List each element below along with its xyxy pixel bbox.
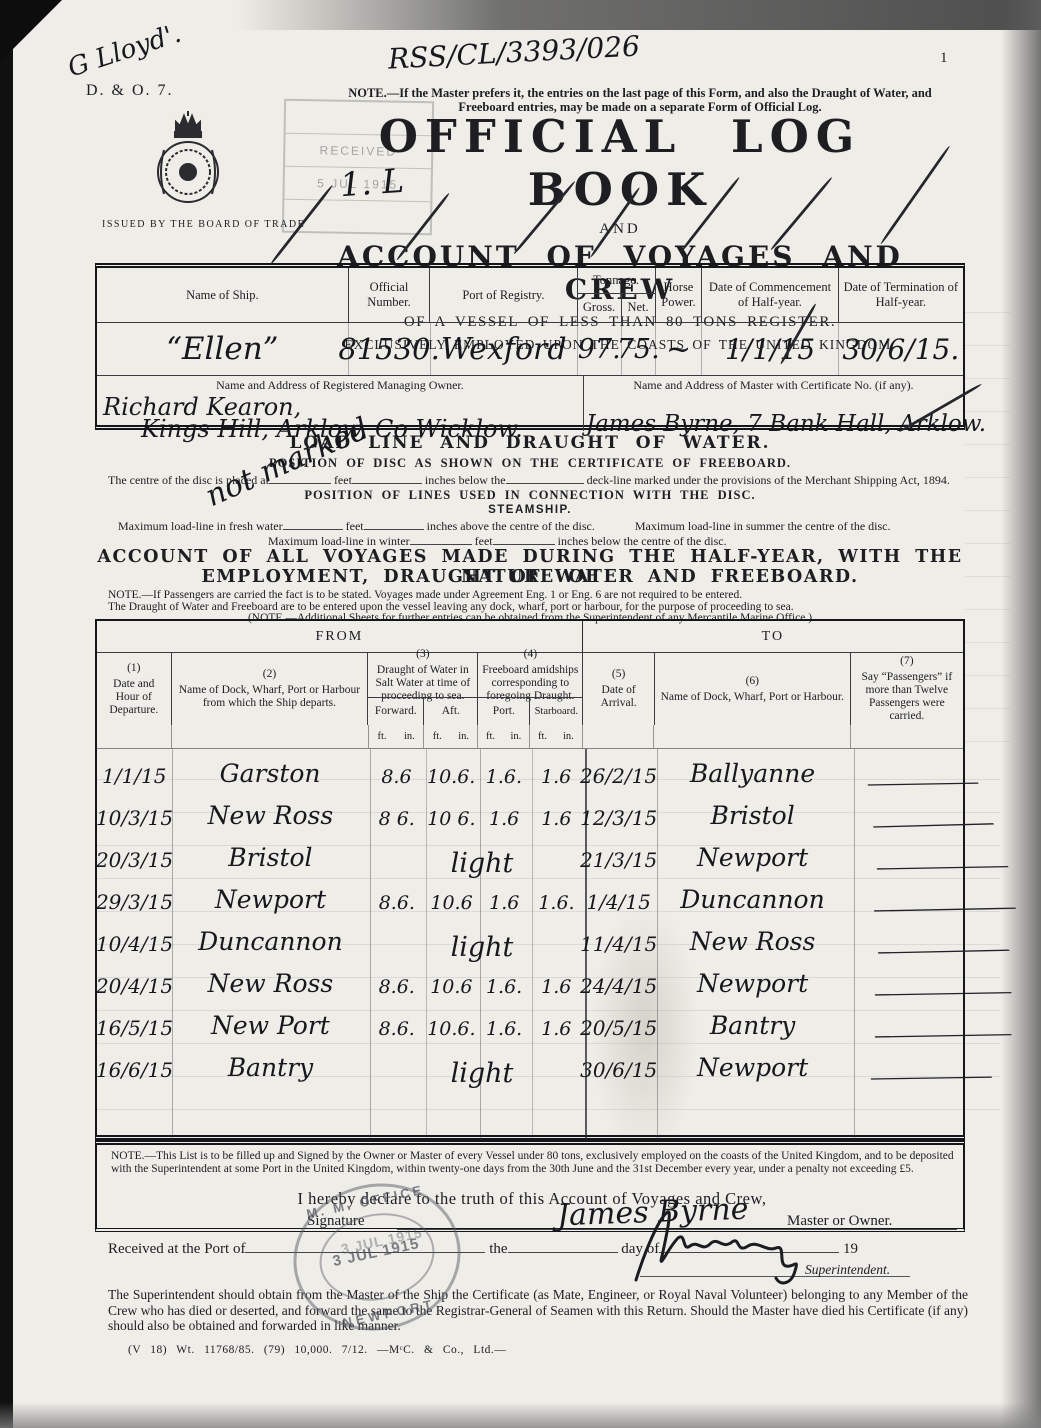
winter-mid: inches below the centre of the disc.: [558, 534, 727, 548]
feet-label: feet: [475, 534, 493, 548]
departure-date: 29/3/15: [96, 890, 173, 914]
value-port-of-registry: Wexford: [441, 332, 567, 367]
value-commencement-date: 1/1/15: [725, 333, 815, 366]
col5-header: (5)Date of Arrival.: [583, 653, 655, 725]
col6-header: (6)Name of Dock, Wharf, Port or Harbour.: [655, 653, 851, 725]
departure-date: 20/3/15: [96, 848, 173, 872]
draught-forward: 8.6.: [379, 892, 415, 914]
voyage-row: 29/3/15 Newport 8.6. 10.6 1.6 1.6. 1/4/1…: [97, 875, 963, 917]
year-prefix: 19: [843, 1241, 858, 1257]
voyages-table: FROM TO (1)Date and Hour of Departure. (…: [95, 619, 965, 1140]
received-line: Received at the Port of the day of 19: [108, 1240, 968, 1258]
feet-inches-row: ft.in. ft.in. ft.in. ft.in.: [97, 725, 963, 749]
value-name-of-ship: “Ellen”: [166, 331, 278, 367]
value-official-number: 81530.: [338, 332, 439, 366]
voyage-row: 20/4/15 New Ross 8.6. 10.6 1.6. 1.6 24/4…: [97, 959, 963, 1001]
col4-port: Port.: [478, 698, 530, 725]
header-tonnage-label: Tonnage.: [578, 268, 655, 294]
draught-forward: 8.6.: [379, 1018, 415, 1040]
value-gross-tonnage: 97.: [578, 334, 621, 365]
title-and: AND: [290, 221, 950, 238]
departure-date: 16/6/15: [96, 1058, 173, 1082]
pencil-annotation-name: G Lloyd'.: [64, 19, 185, 84]
value-horse-power: ~: [666, 332, 691, 367]
ink-mark-annotation: 1. L: [339, 161, 405, 204]
draught-aft: 10 6.: [427, 808, 475, 830]
declaration-line: I hereby declare to the truth of this Ac…: [97, 1189, 967, 1209]
to-band: TO: [583, 621, 963, 652]
passengers-dash: —: [874, 860, 1008, 872]
fresh-mid: inches above the centre of the disc.: [427, 519, 595, 533]
voyage-row: 20/3/15 Bristol 21/3/15 Newport — light: [97, 833, 963, 875]
arrival-date: 26/2/15: [580, 764, 657, 788]
superintendent-signature: [608, 1208, 838, 1293]
from-port: Bantry: [228, 1053, 314, 1082]
light-note: light: [382, 1058, 582, 1089]
departure-date: 20/4/15: [96, 974, 173, 998]
header-name-of-ship: Name of Ship.: [97, 268, 349, 322]
to-port: Bristol: [710, 801, 794, 830]
passengers-dash: —: [876, 943, 1011, 956]
from-port: Garston: [220, 759, 321, 788]
from-port: Duncannon: [198, 927, 343, 956]
printer-imprint: (V 18) Wt. 11768/85. (79) 10,000. 7/12. …: [128, 1344, 506, 1356]
draught-aft: 10.6: [430, 976, 472, 998]
freeboard-starboard: 1.6: [541, 1018, 571, 1040]
header-horse-power: Horse Power.: [656, 268, 703, 322]
voyage-row: 10/3/15 New Ross 8 6. 10 6. 1.6 1.6 12/3…: [97, 791, 963, 833]
to-port: Ballyanne: [690, 759, 815, 788]
draught-forward: 8 6.: [379, 808, 415, 830]
draught-forward: 8.6.: [379, 976, 415, 998]
col4-starboard: Starboard.: [530, 698, 582, 725]
received-at-label: Received at the Port of: [108, 1241, 245, 1257]
master-label: Name and Address of Master with Certific…: [584, 376, 963, 395]
col4-header: (4)Freeboard amidships corresponding to …: [478, 653, 583, 725]
draught-forward: 8.6: [381, 766, 411, 788]
from-port: New Port: [211, 1011, 330, 1040]
issued-by-label: ISSUED BY THE BOARD OF TRADE: [102, 219, 305, 230]
to-port: Newport: [697, 1053, 808, 1082]
header-tonnage: Tonnage. Gross. Net.: [578, 268, 656, 322]
departure-date: 16/5/15: [96, 1016, 173, 1040]
to-port: New Ross: [690, 927, 816, 956]
header-commencement: Date of Commencement of Half-year.: [702, 268, 838, 322]
page-number: 1: [940, 50, 948, 67]
voyage-row: 10/4/15 Duncannon 11/4/15 New Ross — lig…: [97, 917, 963, 959]
arrival-date: 30/6/15: [580, 1058, 657, 1082]
to-port: Bantry: [710, 1011, 796, 1040]
draught-aft: 10.6.: [427, 1018, 475, 1040]
form-code: D. & O. 7.: [86, 82, 174, 100]
feet-label: feet: [334, 473, 352, 487]
arrival-date: 20/5/15: [580, 1016, 657, 1040]
freeboard-starboard: 1.6: [541, 766, 571, 788]
from-port: Bristol: [228, 843, 312, 872]
from-port: New Ross: [208, 801, 334, 830]
departure-date: 1/1/15: [102, 764, 166, 788]
col3-aft: Aft.: [424, 698, 477, 725]
to-port: Newport: [697, 843, 808, 872]
freeboard-starboard: 1.6: [541, 808, 571, 830]
freeboard-port: 1.6: [489, 892, 519, 914]
col7-header: (7)Say “Passengers” if more than Twelve …: [851, 653, 963, 725]
to-port: Duncannon: [680, 885, 825, 914]
passengers-dash: —: [872, 901, 1017, 914]
arrival-date: 21/3/15: [580, 848, 657, 872]
draught-aft: 10.6: [430, 892, 472, 914]
centre-mid: inches below the: [425, 473, 506, 487]
voyage-row: 1/1/15 Garston 8.6 10.6. 1.6. 1.6 26/2/1…: [97, 749, 963, 791]
header-net: Net.: [622, 294, 655, 322]
passengers-dash: —: [867, 776, 979, 788]
voyage-row: 16/6/15 Bantry 30/6/15 Newport — light: [97, 1043, 963, 1085]
summer-line: Maximum load-line in summer the centre o…: [635, 519, 891, 533]
freeboard-port: 1.6.: [486, 766, 522, 788]
loadline-position-disc: POSITION OF DISC AS SHOWN ON THE CERTIFI…: [95, 456, 965, 471]
document-page: G Lloyd'. RSS/CL/3393/026 1 D. & O. 7. N…: [0, 0, 1041, 1428]
ledger-lines-margin: [965, 280, 1010, 750]
winter-pre: Maximum load-line in winter: [268, 534, 410, 548]
passengers-dash: —: [872, 1028, 1011, 1040]
ship-particulars-table: Name of Ship. Official Number. Port of R…: [95, 263, 965, 430]
centre-post: deck-line marked under the provisions of…: [587, 473, 950, 487]
draught-aft: 10.6.: [427, 766, 475, 788]
departure-date: 10/3/15: [96, 806, 173, 830]
arrival-date: 1/4/15: [586, 890, 650, 914]
freeboard-port: 1.6: [489, 808, 519, 830]
from-port: New Ross: [208, 969, 334, 998]
arrival-date: 12/3/15: [580, 806, 657, 830]
archive-reference-annotation: RSS/CL/3393/026: [387, 29, 640, 75]
arrival-date: 24/4/15: [580, 974, 657, 998]
feet-label: feet: [346, 519, 364, 533]
voyage-row: 16/5/15 New Port 8.6. 10.6. 1.6. 1.6 20/…: [97, 1001, 963, 1043]
passengers-dash: —: [872, 986, 1011, 998]
header-termination: Date of Termination of Half-year.: [839, 268, 963, 322]
fresh-pre: Maximum load-line in fresh water: [118, 519, 283, 533]
freeboard-starboard: 1.6.: [538, 892, 574, 914]
arrival-date: 11/4/15: [580, 932, 657, 956]
departure-date: 10/4/15: [96, 932, 173, 956]
col3-forward: Forward.: [368, 698, 424, 725]
header-port-of-registry: Port of Registry.: [430, 268, 577, 322]
account-note1: NOTE.—If Passengers are carried the fact…: [108, 589, 742, 601]
col2-header: (2)Name of Dock, Wharf, Port or Harbour …: [172, 653, 369, 725]
board-of-trade-crest-icon: [150, 110, 222, 219]
freeboard-port: 1.6.: [486, 1018, 522, 1040]
passengers-dash: —: [870, 817, 994, 830]
deposit-note: NOTE.—This List is to be filled up and S…: [111, 1150, 956, 1175]
account-heading2: EMPLOYMENT, DRAUGHT OF WATER AND FREEBOA…: [95, 567, 965, 587]
col3-header: (3)Draught of Water in Salt Water at tim…: [368, 653, 478, 725]
to-port: Newport: [697, 969, 808, 998]
header-official-number: Official Number.: [349, 268, 431, 322]
col1-header: (1)Date and Hour of Departure.: [97, 653, 172, 725]
superintendent-note: The Superintendent should obtain from th…: [108, 1287, 968, 1334]
freeboard-port: 1.6.: [486, 976, 522, 998]
value-termination-date: 30/6/15.: [842, 333, 959, 366]
passengers-dash: —: [869, 1070, 992, 1082]
voyages-data-area: 1/1/15 Garston 8.6 10.6. 1.6. 1.6 26/2/1…: [97, 749, 963, 1142]
the-label: the: [489, 1241, 507, 1257]
freeboard-starboard: 1.6: [541, 976, 571, 998]
header-gross: Gross.: [578, 294, 622, 322]
value-net-tonnage: 75.: [617, 334, 660, 365]
from-port: Newport: [215, 885, 326, 914]
